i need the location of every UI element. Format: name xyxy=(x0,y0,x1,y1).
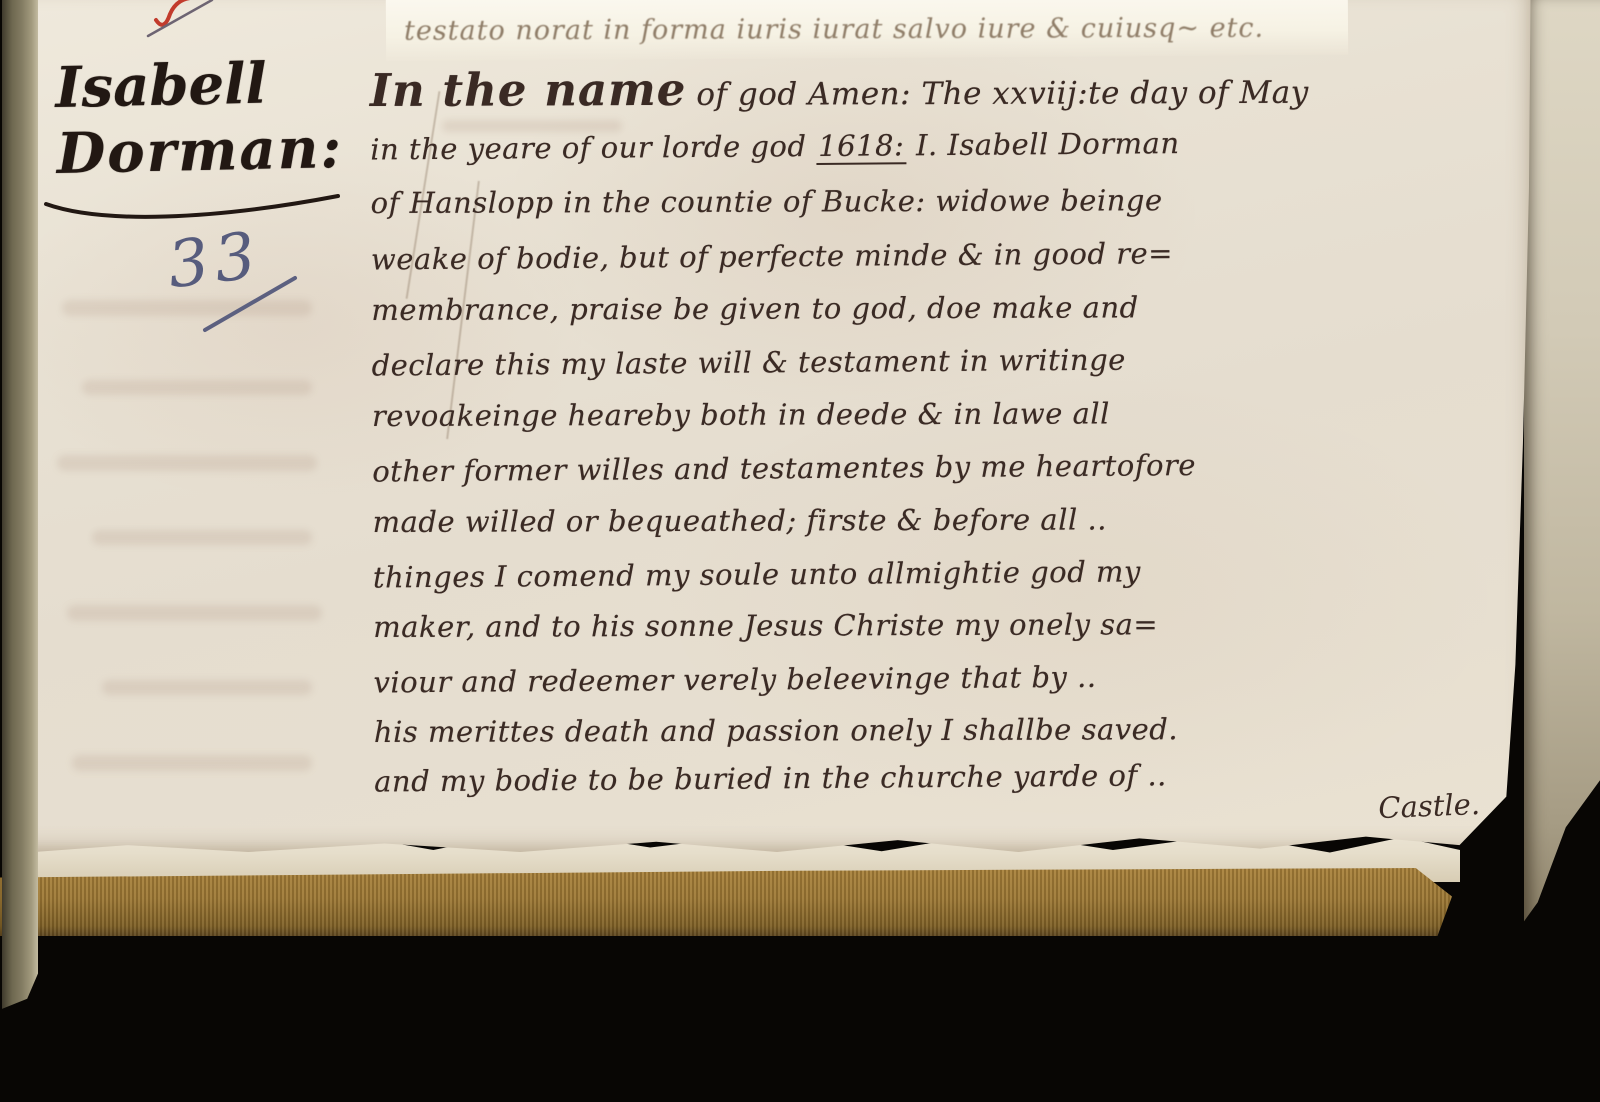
manuscript-photo: testato norat in forma iuris iurat salvo… xyxy=(0,0,1600,1102)
ink-showthrough xyxy=(67,605,322,621)
ink-showthrough xyxy=(62,300,312,316)
will-line: declare this my laste will & testament i… xyxy=(371,340,1511,383)
heading-line-1: Isabell xyxy=(55,49,343,121)
will-line: other former willes and testamentes by m… xyxy=(372,446,1512,489)
will-line: maker, and to his sonne Jesus Christe my… xyxy=(373,606,1513,644)
ink-showthrough xyxy=(82,380,312,395)
book-spine-gutter-edge xyxy=(2,0,38,1014)
will-line-opening: In the nameof god Amen: The xxviij:te da… xyxy=(370,60,1510,117)
date-line-post: I. Isabell Dorman xyxy=(906,126,1180,162)
will-line-date: in the yeare of our lorde god 1618: I. I… xyxy=(370,124,1510,167)
ink-showthrough xyxy=(92,530,312,545)
will-line: membrance, praise be given to god, doe m… xyxy=(371,289,1511,327)
will-line: viour and redeemer verely beleevinge tha… xyxy=(373,657,1513,700)
ink-showthrough xyxy=(72,755,312,771)
margin-heading-testator-name: Isabell Dorman: xyxy=(55,49,344,187)
ink-showthrough xyxy=(57,455,317,471)
will-text-block: In the nameof god Amen: The xxviij:te da… xyxy=(369,0,1514,855)
will-line: of Hanslopp in the countie of Bucke: wid… xyxy=(371,182,1511,220)
book-fore-edge-pages xyxy=(1524,0,1600,940)
opening-rest: of god Amen: The xxviij:te day of May xyxy=(696,75,1308,113)
will-line: weake of bodie, but of perfecte minde & … xyxy=(371,234,1511,277)
will-line: thinges I comend my soule unto allmighti… xyxy=(373,552,1513,595)
folio-number: 33 xyxy=(164,219,266,304)
date-line-pre: in the yeare of our lorde god xyxy=(370,129,816,167)
will-line: his merittes death and passion onely I s… xyxy=(374,711,1514,749)
book-cover-cloth-edge xyxy=(0,868,1452,936)
heading-line-2: Dorman: xyxy=(56,115,344,187)
year-value: 1618: xyxy=(816,128,906,165)
ink-showthrough xyxy=(102,680,312,695)
will-line: and my bodie to be buried in the churche… xyxy=(374,756,1514,799)
will-line: revoakeinge heareby both in deede & in l… xyxy=(372,395,1512,433)
will-line: made willed or bequeathed; firste & befo… xyxy=(373,501,1513,539)
red-check-mark-icon xyxy=(146,0,226,42)
catchword: Castle. xyxy=(1378,787,1481,825)
opening-words: In the name xyxy=(370,63,687,117)
